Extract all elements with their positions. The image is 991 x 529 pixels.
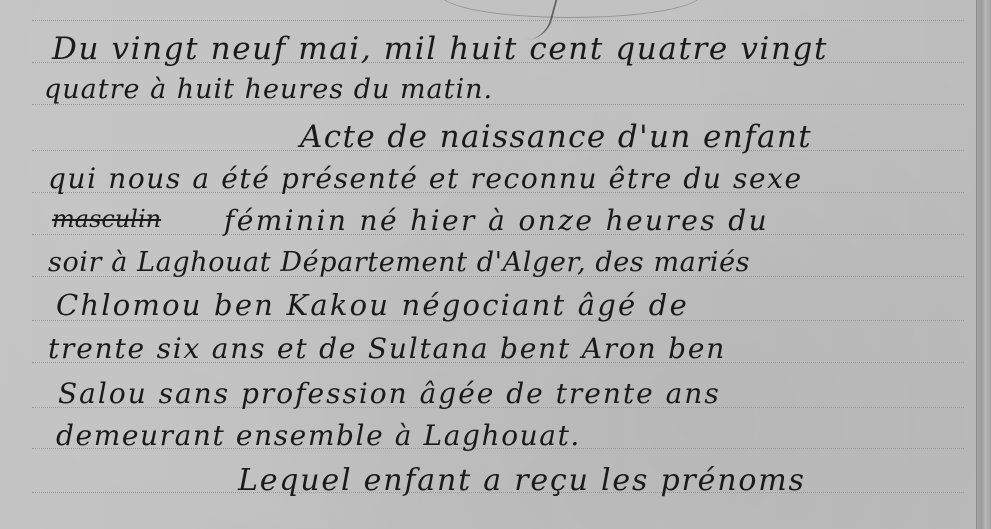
- handwritten-line-1: Du vingt neuf mai, mil huit cent quatre …: [52, 34, 828, 65]
- handwritten-line-3-acte-title: Acte de naissance d'un enfant: [300, 122, 812, 153]
- handwritten-line-5: féminin né hier à onze heures du: [224, 207, 769, 235]
- ink-flourish: [440, 0, 702, 18]
- struck-word-masculin: masculin: [52, 207, 161, 231]
- ruled-line: [32, 20, 964, 21]
- document-page: Du vingt neuf mai, mil huit cent quatre …: [0, 0, 991, 529]
- handwritten-line-10: demeurant ensemble à Laghouat.: [56, 422, 581, 450]
- handwritten-line-9: Salou sans profession âgée de trente ans: [58, 380, 721, 408]
- page-binding-edge: [976, 0, 991, 529]
- handwritten-line-6: soir à Laghouat Département d'Alger, des…: [48, 249, 750, 276]
- handwritten-line-11: Lequel enfant a reçu les prénoms: [238, 466, 806, 496]
- handwritten-line-7: Chlomou ben Kakou négociant âgé de: [56, 291, 689, 320]
- handwritten-line-2: quatre à huit heures du matin.: [44, 76, 493, 103]
- handwritten-line-8: trente six ans et de Sultana bent Aron b…: [48, 335, 726, 363]
- handwritten-line-4: qui nous a été présenté et reconnu être …: [48, 165, 803, 193]
